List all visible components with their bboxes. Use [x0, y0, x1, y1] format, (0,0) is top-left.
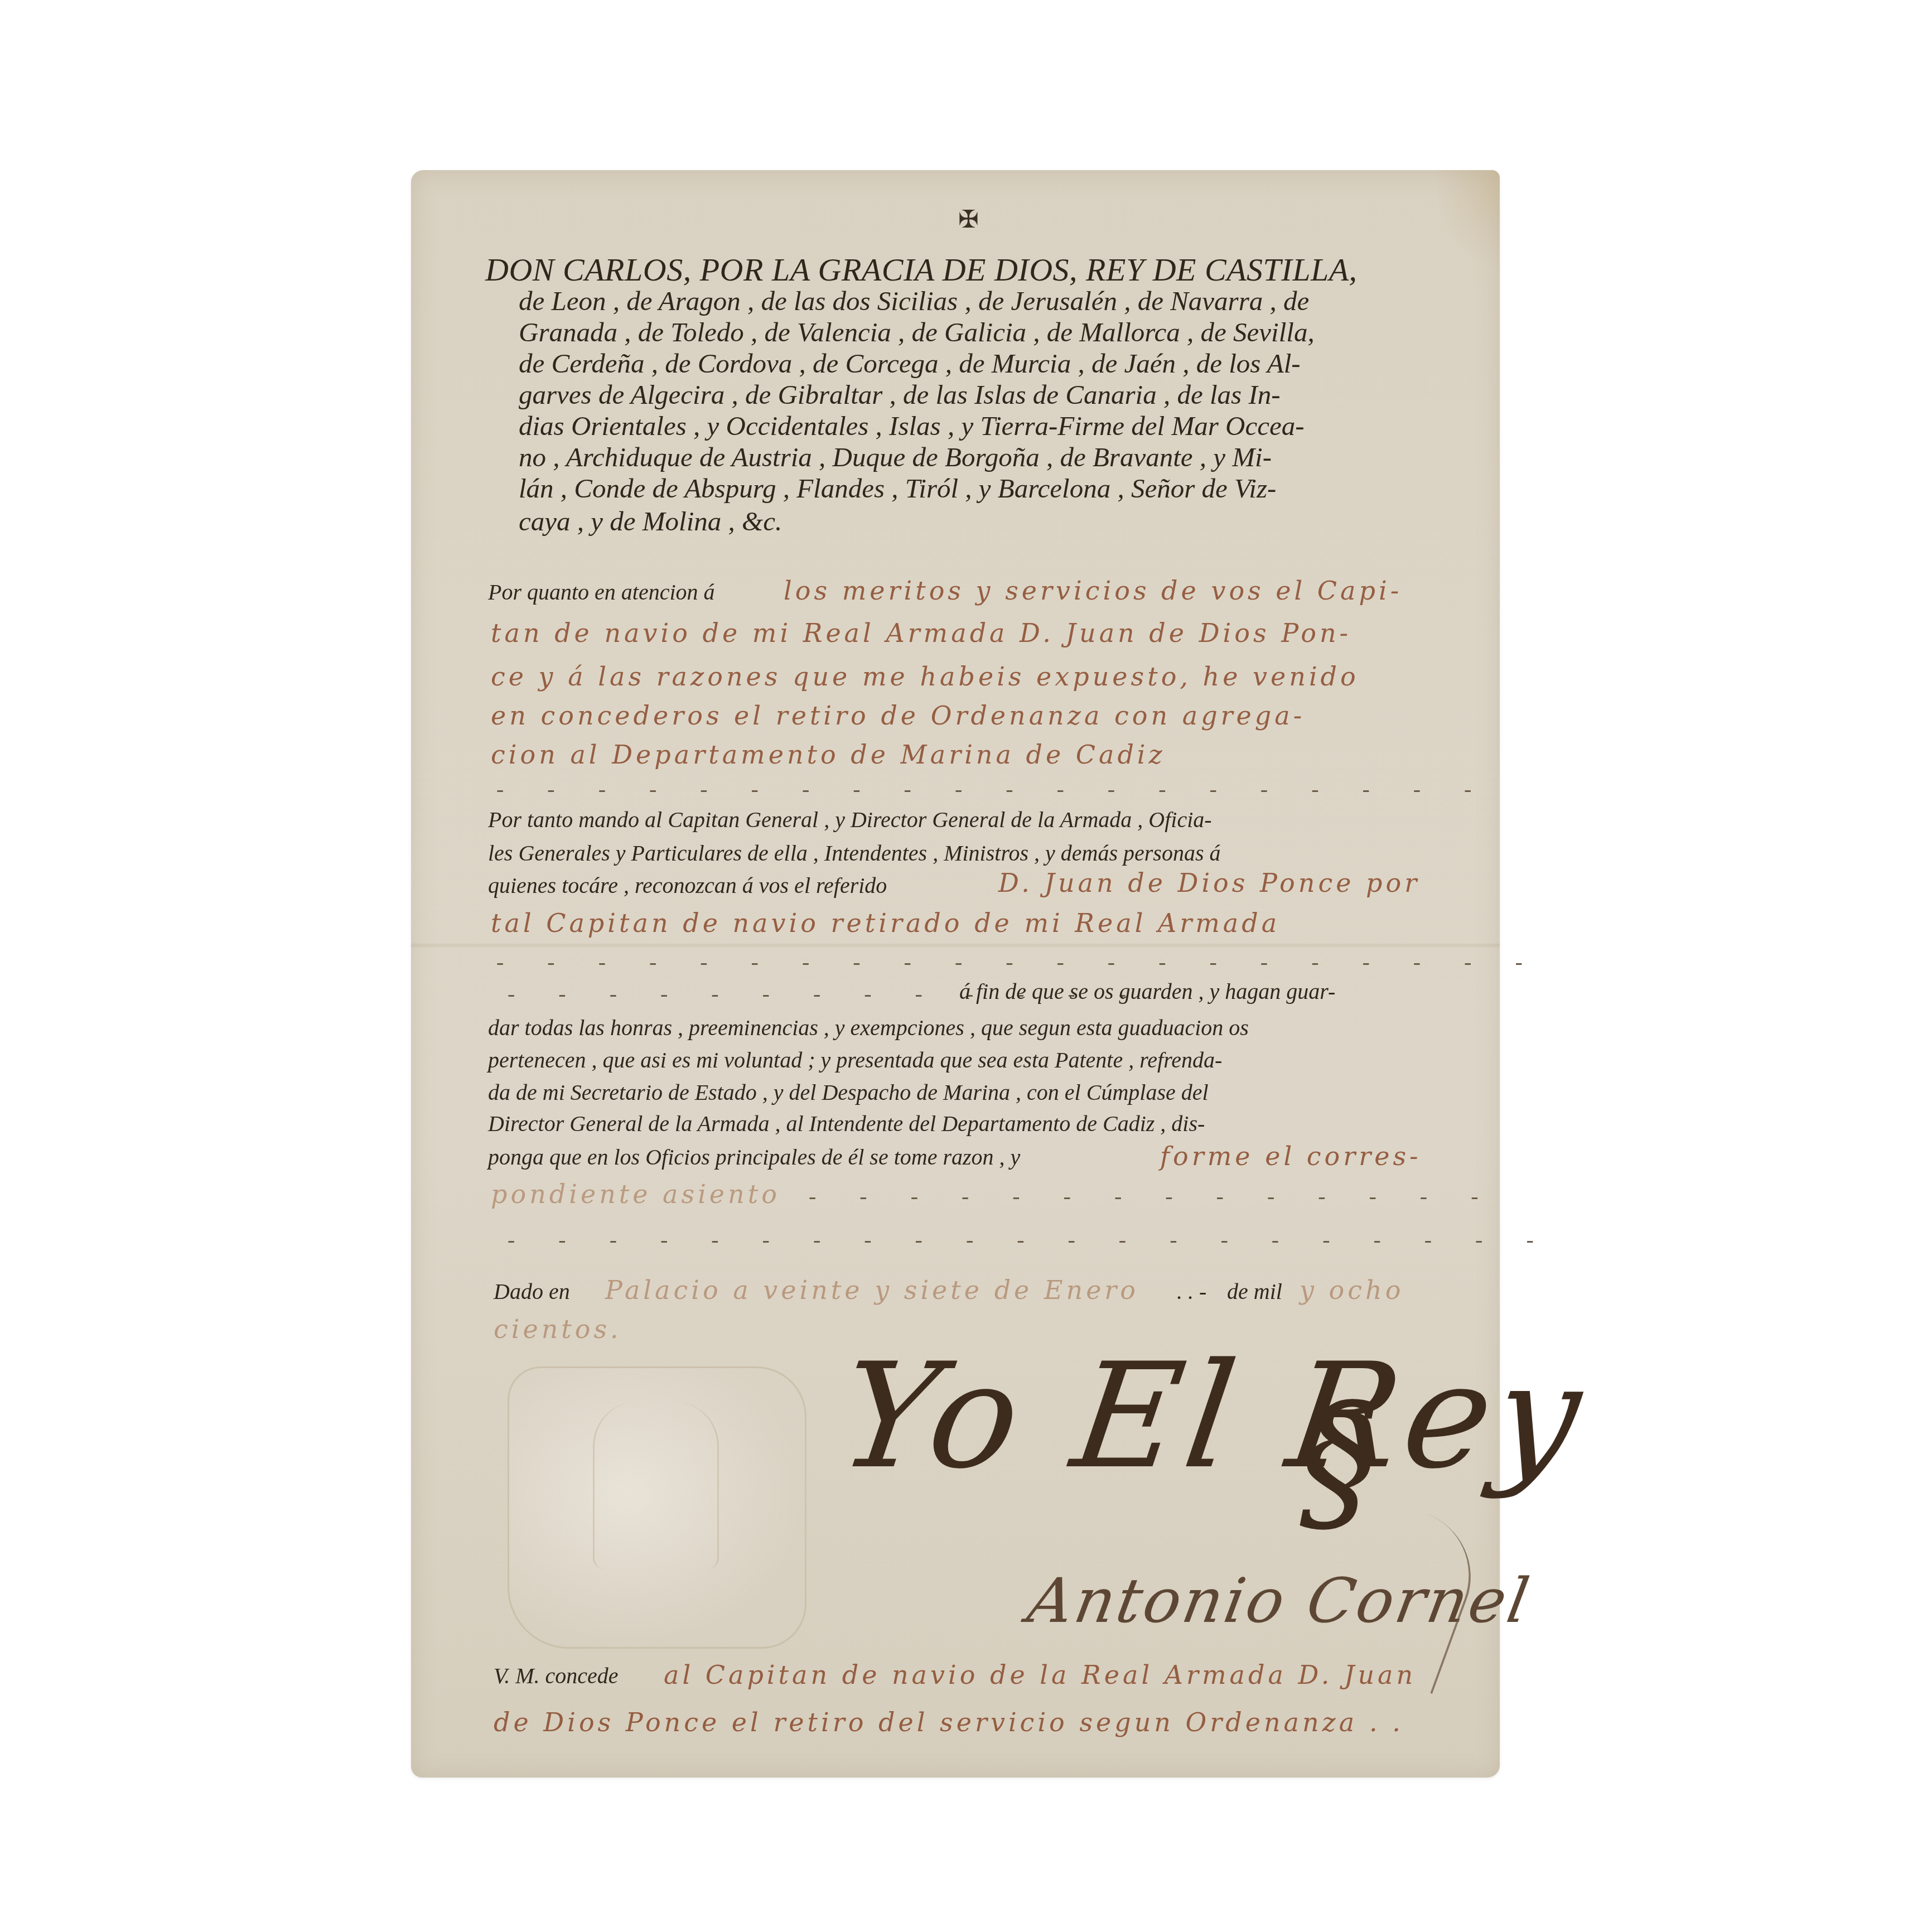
handwritten-line: cion al Departamento de Marina de Cadiz: [491, 742, 1166, 767]
header-line: garves de Algecira , de Gibraltar , de l…: [519, 381, 1281, 408]
dating-dashes: . . -: [1177, 1281, 1206, 1303]
handwritten-line: tan de navio de mi Real Armada D. Juan d…: [491, 620, 1351, 646]
header-line: lán , Conde de Abspurg , Flandes , Tiról…: [519, 475, 1276, 502]
printed-line: ponga que en los Oficios principales de …: [488, 1146, 1020, 1168]
dating-mid: de mil: [1227, 1281, 1282, 1303]
handwritten-line: en concederos el retiro de Ordenanza con…: [491, 703, 1305, 728]
header-line: caya , y de Molina , &c.: [519, 508, 782, 535]
printed-line: á fin de que se os guarden , y hagan gua…: [959, 981, 1335, 1003]
seal-inner-outline: [593, 1402, 719, 1569]
printed-line: les Generales y Particulares de ella , I…: [488, 842, 1220, 864]
header-line: Granada , de Toledo , de Valencia , de G…: [519, 318, 1315, 346]
handwritten-inline: forme el corres-: [1160, 1143, 1422, 1169]
handwritten-year: y ocho: [1300, 1277, 1404, 1303]
summary-handwritten: al Capitan de navio de la Real Armada D.…: [664, 1662, 1416, 1688]
handwritten-year: cientos.: [494, 1316, 622, 1342]
header-title-line: DON CARLOS, POR LA GRACIA DE DIOS, REY D…: [485, 254, 1358, 286]
dash-fill: - - - - - - - - - - - - - - - - - - - - …: [496, 951, 1542, 973]
printed-line: Director General de la Armada , al Inten…: [488, 1113, 1205, 1135]
dash-fill: - - - - - - - - - - - - - - - - - - - -: [496, 778, 1490, 800]
summary-handwritten: de Dios Ponce el retiro del servicio seg…: [494, 1709, 1404, 1735]
header-line: de Cerdeña , de Cordova , de Corcega , d…: [519, 350, 1301, 377]
para1-intro: Por quanto en atencion á: [488, 581, 715, 603]
paper-stain: [1433, 170, 1500, 271]
printed-line: Por tanto mando al Capitan General , y D…: [488, 809, 1212, 831]
rubric-flourish-icon: §: [1300, 1383, 1378, 1539]
header-line: dias Orientales , y Occidentales , Islas…: [519, 412, 1304, 439]
handwritten-line: tal Capitan de navio retirado de mi Real…: [491, 910, 1280, 936]
printed-line: da de mi Secretario de Estado , y del De…: [488, 1081, 1209, 1104]
printed-line: pertenecen , que asi es mi voluntad ; y …: [488, 1049, 1222, 1071]
dating-prefix: Dado en: [494, 1281, 570, 1303]
dash-fill: - - - - - - - - - - - - - -: [809, 1185, 1497, 1207]
summary-prefix: V. M. concede: [494, 1665, 619, 1687]
dash-fill: - - - - - - - - - - - - - - - - - - - - …: [508, 1229, 1553, 1251]
handwritten-line: ce y á las razones que me habeis expuest…: [491, 664, 1359, 689]
cross-icon: ✠: [958, 207, 979, 232]
printed-line: quienes tocáre , reconozcan á vos el ref…: [488, 875, 887, 897]
handwritten-line: los meritos y servicios de vos el Capi-: [784, 578, 1402, 603]
paper-seal-icon: [508, 1366, 806, 1649]
header-line: de Leon , de Aragon , de las dos Sicilia…: [519, 287, 1309, 315]
handwritten-line: pondiente asiento: [491, 1181, 780, 1207]
header-line: no , Archiduque de Austria , Duque de Bo…: [519, 443, 1272, 471]
handwritten-place-date: Palacio a veinte y siete de Enero: [605, 1277, 1139, 1303]
royal-signature: Yo El Rey: [832, 1344, 1595, 1489]
printed-line: dar todas las honras , preeminencias , y…: [488, 1017, 1249, 1039]
handwritten-name: D. Juan de Dios Ponce por: [998, 870, 1420, 896]
